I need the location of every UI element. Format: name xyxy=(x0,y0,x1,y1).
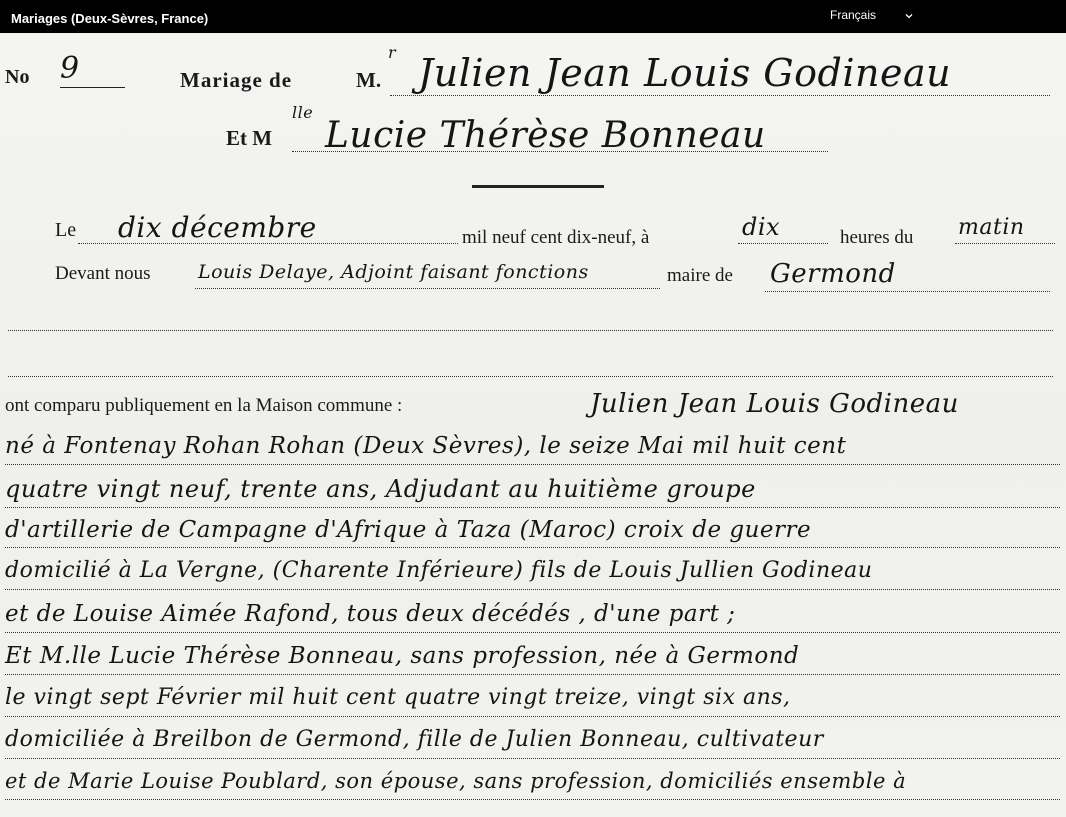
printed-intro: ont comparu publiquement en la Maison co… xyxy=(5,395,402,417)
blank-rule-1 xyxy=(8,330,1053,331)
period-underline xyxy=(955,243,1055,244)
line-rule xyxy=(5,674,1060,675)
le-label: Le xyxy=(55,219,76,242)
officer-underline xyxy=(195,288,660,289)
devant-nous: Devant nous xyxy=(55,263,151,285)
bride-name: Lucie Thérèse Bonneau xyxy=(325,115,766,156)
hour-value: dix xyxy=(742,213,780,241)
body-line: d'artillerie de Campagne d'Afrique à Taz… xyxy=(5,517,811,543)
groom-prefix: M. xyxy=(356,68,381,93)
line-rule xyxy=(5,799,1060,800)
groom-name: Julien Jean Louis Godineau xyxy=(418,51,951,95)
body-line: et de Marie Louise Poublard, son épouse,… xyxy=(5,769,906,793)
date-underline xyxy=(78,243,458,244)
commune-name: Germond xyxy=(770,259,896,289)
body-line: Et M.lle Lucie Thérèse Bonneau, sans pro… xyxy=(5,643,799,669)
header-separator xyxy=(472,185,604,188)
bride-underline xyxy=(292,151,828,152)
top-bar: Mariages (Deux-Sèvres, France) Français xyxy=(0,0,1066,33)
line-rule xyxy=(5,464,1060,465)
body-line: quatre vingt neuf, trente ans, Adjudant … xyxy=(5,475,756,503)
collection-title: Mariages (Deux-Sèvres, France) xyxy=(11,11,208,26)
bride-title-sup: lle xyxy=(292,103,313,122)
body-line: Julien Jean Louis Godineau xyxy=(590,389,959,419)
line-rule xyxy=(5,758,1060,759)
line-rule xyxy=(5,547,1060,548)
line-rule xyxy=(5,507,1060,508)
line-rule xyxy=(5,589,1060,590)
maire-de: maire de xyxy=(667,265,733,287)
line-rule xyxy=(5,632,1060,633)
chevron-down-icon xyxy=(904,10,914,20)
blank-rule-2 xyxy=(8,376,1053,377)
body-line: né à Fontenay Rohan Rohan (Deux Sèvres),… xyxy=(5,433,846,459)
number-label: No xyxy=(5,66,29,89)
commune-underline xyxy=(765,291,1050,292)
bride-prefix: Et M xyxy=(226,126,272,151)
number-underline xyxy=(60,87,125,88)
act-number: 9 xyxy=(60,51,80,86)
body-line: domiciliée à Breilbon de Germond, fille … xyxy=(5,727,824,752)
hour-underline xyxy=(738,243,828,244)
groom-underline xyxy=(390,95,1050,96)
body-line: domicilié à La Vergne, (Charente Inférie… xyxy=(5,558,872,583)
groom-title-sup: r xyxy=(388,43,396,62)
body-line: le vingt sept Février mil huit cent quat… xyxy=(5,685,791,710)
language-label: Français xyxy=(830,8,876,22)
year-text: mil neuf cent dix-neuf, à xyxy=(462,227,649,249)
body-line: et de Louise Aimée Rafond, tous deux déc… xyxy=(5,601,735,627)
document-image-viewer[interactable]: No 9 Mariage de M. r Julien Jean Louis G… xyxy=(0,33,1066,817)
officer-name: Louis Delaye, Adjoint faisant fonctions xyxy=(198,261,589,283)
marriage-label: Mariage de xyxy=(180,68,292,93)
line-rule xyxy=(5,716,1060,717)
hours-text: heures du xyxy=(840,227,913,249)
language-selector[interactable]: Français xyxy=(830,8,914,22)
day-month: dix décembre xyxy=(118,211,317,244)
period-value: matin xyxy=(958,215,1025,240)
